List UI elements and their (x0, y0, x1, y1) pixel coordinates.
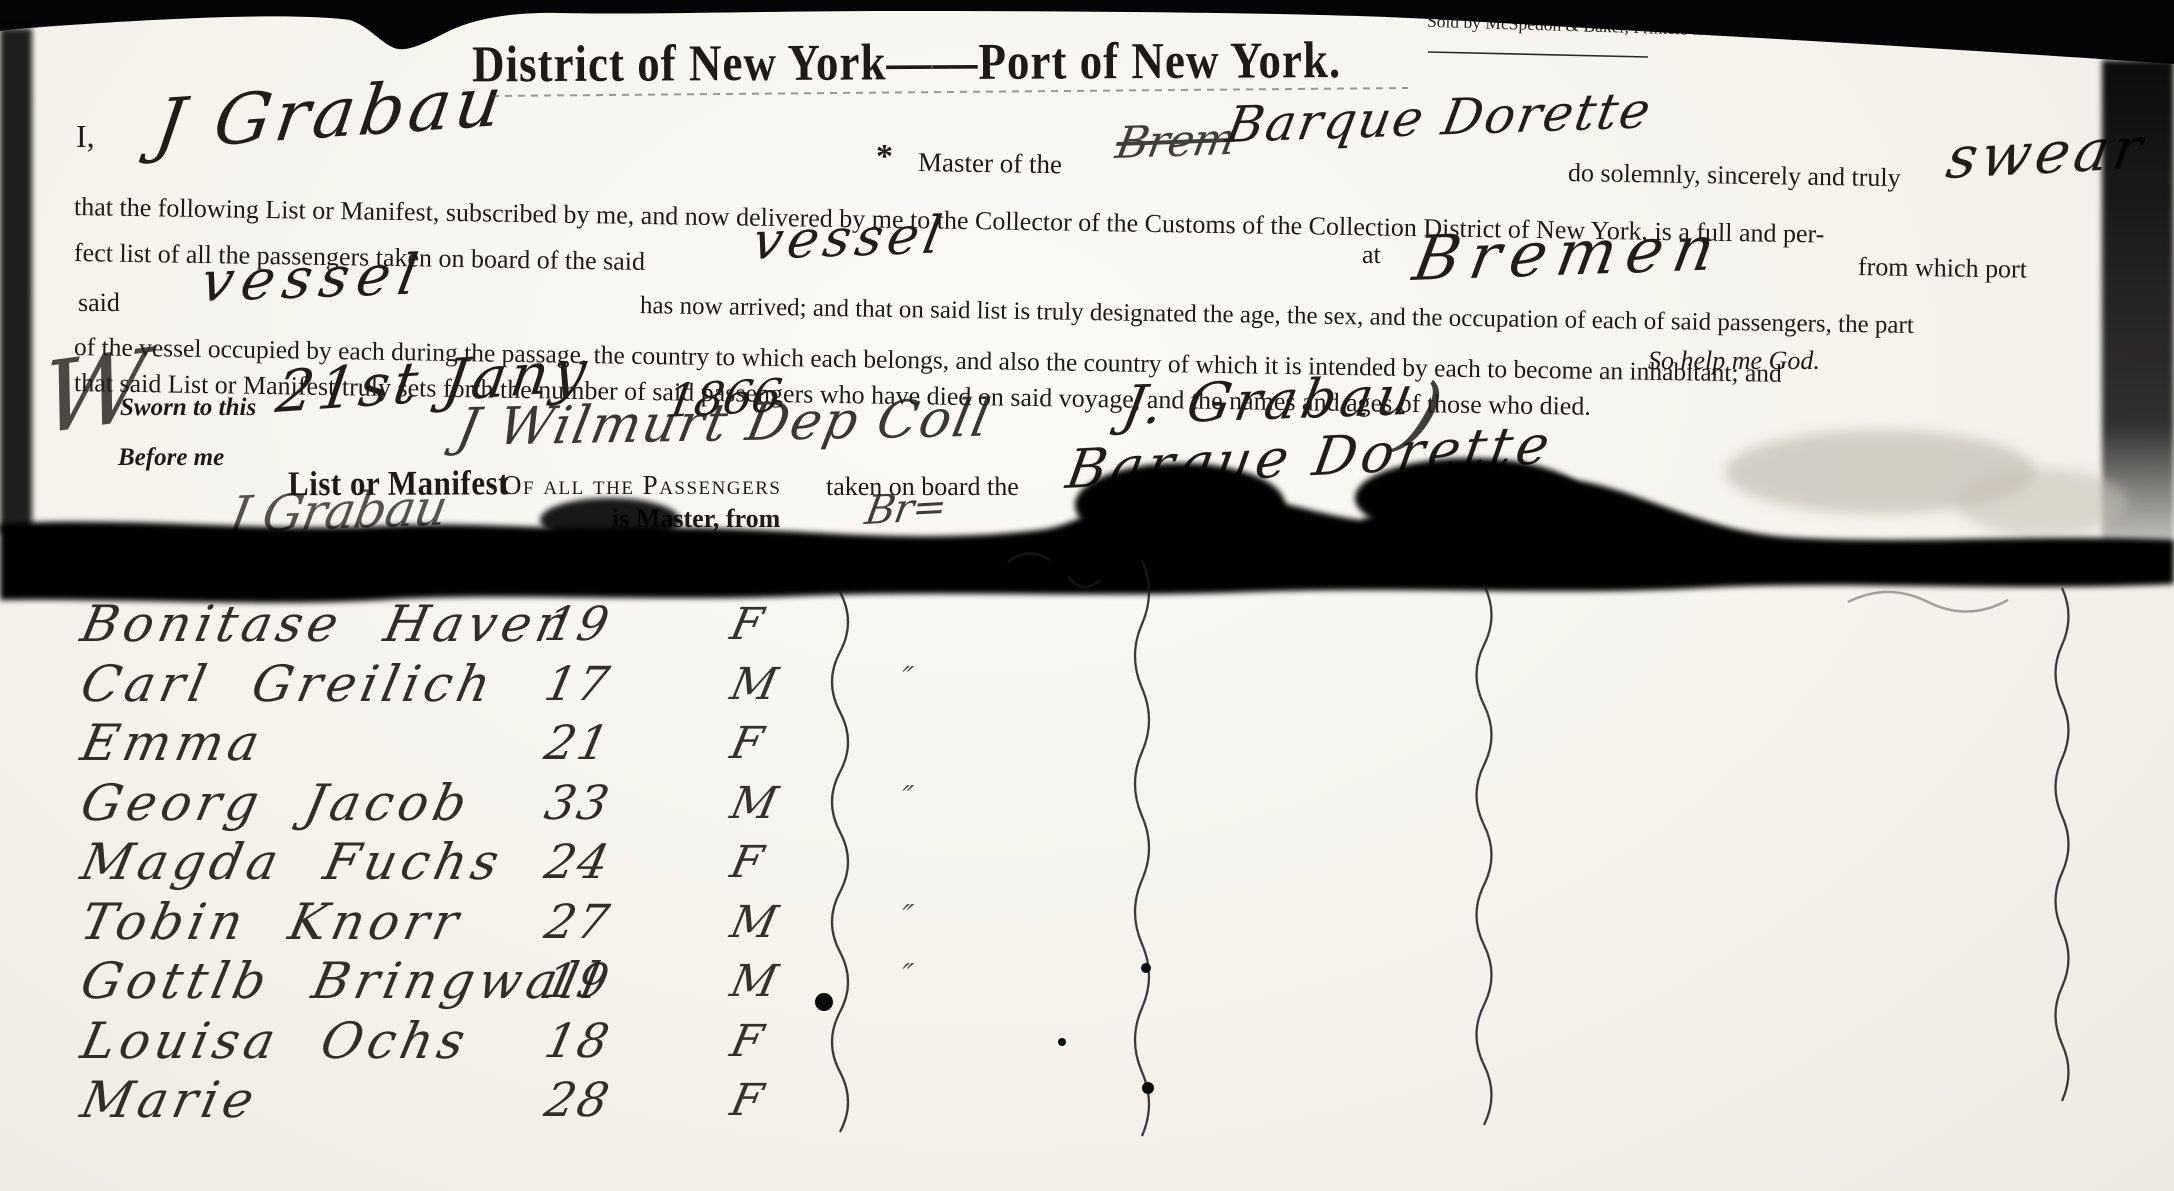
passenger-sex: F (726, 1016, 766, 1067)
passenger-row: Georg Jacob 33 M ″ (0, 774, 2174, 832)
passenger-ditto-mark: ″ (897, 958, 915, 993)
passenger-age: 27 (540, 895, 616, 950)
passenger-age: 28 (540, 1073, 616, 1128)
passenger-sex: F (726, 1075, 766, 1126)
passenger-sex: M (726, 659, 781, 710)
passenger-row: Gottlb Bringwall 19 M ″ (0, 952, 2174, 1010)
passenger-age: 18 (540, 1014, 616, 1069)
passenger-row: Bonitase Haver 19 F (0, 595, 2174, 653)
passenger-age: 19 (540, 597, 616, 652)
passenger-name: Magda Fuchs (76, 833, 509, 891)
passenger-row: Tobin Knorr 27 M ″ (0, 893, 2174, 951)
passenger-row: Emma 21 F (0, 714, 2174, 772)
passenger-name: Georg Jacob (76, 774, 477, 832)
passenger-row: Magda Fuchs 24 F (0, 833, 2174, 891)
passenger-sex: F (726, 718, 766, 769)
passenger-name: Gottlb Bringwall (76, 952, 610, 1010)
passenger-ditto-mark: ″ (897, 780, 915, 815)
passenger-row: Louisa Ochs 18 F (0, 1012, 2174, 1070)
passenger-age: 33 (540, 776, 616, 831)
passenger-name: Emma (76, 714, 269, 772)
passenger-name: Louisa Ochs (76, 1012, 475, 1070)
passenger-age: 19 (540, 954, 616, 1009)
passenger-row: Marie 28 F (0, 1071, 2174, 1129)
passenger-age: 24 (540, 835, 616, 890)
passenger-name: Tobin Knorr (76, 893, 468, 951)
passenger-name: Marie (76, 1071, 264, 1129)
scanned-manifest-document: Sold by McSpedon & Baker, Printers and S… (0, 0, 2174, 1191)
passenger-name: Bonitase Haver (76, 595, 572, 653)
passenger-ditto-mark: ″ (897, 899, 915, 934)
passenger-sex: M (726, 897, 781, 948)
passenger-age: 17 (540, 657, 616, 712)
passenger-sex: F (726, 837, 766, 888)
passenger-sex: M (726, 778, 781, 829)
passenger-row: Carl Greilich 17 M ″ (0, 655, 2174, 713)
passenger-name: Carl Greilich (76, 655, 501, 713)
passenger-table: Bonitase Haver 19 F Carl Greilich 17 M ″… (0, 0, 2174, 1191)
passenger-age: 21 (540, 716, 616, 771)
passenger-sex: F (726, 599, 766, 650)
passenger-ditto-mark: ″ (897, 661, 915, 696)
passenger-sex: M (726, 956, 781, 1007)
